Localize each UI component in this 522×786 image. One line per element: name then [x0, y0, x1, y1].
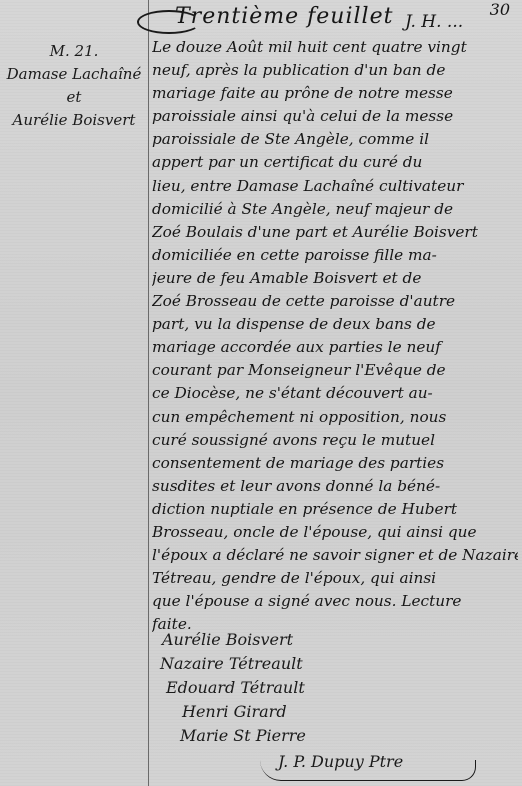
text-line: appert par un certificat du curé du [152, 151, 518, 174]
folio-title: Trentième feuillet [175, 4, 393, 29]
text-line: l'époux a déclaré ne savoir signer et de… [152, 544, 518, 567]
conjunction: et [4, 86, 144, 109]
signature-witness: Marie St Pierre [160, 724, 500, 748]
signature-witness: Edouard Tétrault [160, 676, 500, 700]
bride-name: Aurélie Boisvert [4, 109, 144, 132]
signature-priest: J. P. Dupuy Ptre [160, 750, 500, 774]
header-flourish-icon [137, 10, 201, 34]
text-line: domicilié à Ste Angèle, neuf majeur de [152, 198, 518, 221]
text-line: courant par Monseigneur l'Evêque de [152, 359, 518, 382]
text-line: diction nuptiale en présence de Hubert [152, 498, 518, 521]
text-line: que l'épouse a signé avec nous. Lecture [152, 590, 518, 613]
record-body: Le douze Août mil huit cent quatre vingt… [152, 36, 518, 636]
text-line: ce Diocèse, ne s'étant découvert au- [152, 382, 518, 405]
text-line: Zoé Boulais d'une part et Aurélie Boisve… [152, 221, 518, 244]
register-page: Trentième feuillet J. H. ... 30 M. 21. D… [0, 0, 522, 786]
margin-annotation: M. 21. Damase Lachaîné et Aurélie Boisve… [4, 40, 144, 132]
folio-initials: J. H. ... [405, 12, 463, 32]
text-line: susdites et leur avons donné la béné- [152, 475, 518, 498]
text-line: curé soussigné avons reçu le mutuel [152, 429, 518, 452]
text-line: paroissiale de Ste Angèle, comme il [152, 128, 518, 151]
text-line: mariage faite au prône de notre messe [152, 82, 518, 105]
signature-witness: Nazaire Tétreault [160, 652, 500, 676]
signature-flourish-icon [260, 760, 476, 781]
text-line: paroissiale ainsi qu'à celui de la messe [152, 105, 518, 128]
margin-rule [148, 0, 149, 786]
text-line: part, vu la dispense de deux bans de [152, 313, 518, 336]
page-number: 30 [490, 0, 510, 19]
text-line: Brosseau, oncle de l'épouse, qui ainsi q… [152, 521, 518, 544]
signature-witness: Henri Girard [160, 700, 500, 724]
text-line: Zoé Brosseau de cette paroisse d'autre [152, 290, 518, 313]
signature-block: Aurélie Boisvert Nazaire Tétreault Edoua… [160, 628, 500, 774]
groom-name: Damase Lachaîné [4, 63, 144, 86]
signature-bride: Aurélie Boisvert [160, 628, 500, 652]
text-line: cun empêchement ni opposition, nous [152, 406, 518, 429]
text-line: mariage accordée aux parties le neuf [152, 336, 518, 359]
text-line: neuf, après la publication d'un ban de [152, 59, 518, 82]
text-line: jeure de feu Amable Boisvert et de [152, 267, 518, 290]
text-line: domiciliée en cette paroisse fille ma- [152, 244, 518, 267]
text-line: consentement de mariage des parties [152, 452, 518, 475]
text-line: lieu, entre Damase Lachaîné cultivateur [152, 175, 518, 198]
entry-number: M. 21. [4, 40, 144, 63]
text-line: Tétreau, gendre de l'époux, qui ainsi [152, 567, 518, 590]
text-line: Le douze Août mil huit cent quatre vingt [152, 36, 518, 59]
